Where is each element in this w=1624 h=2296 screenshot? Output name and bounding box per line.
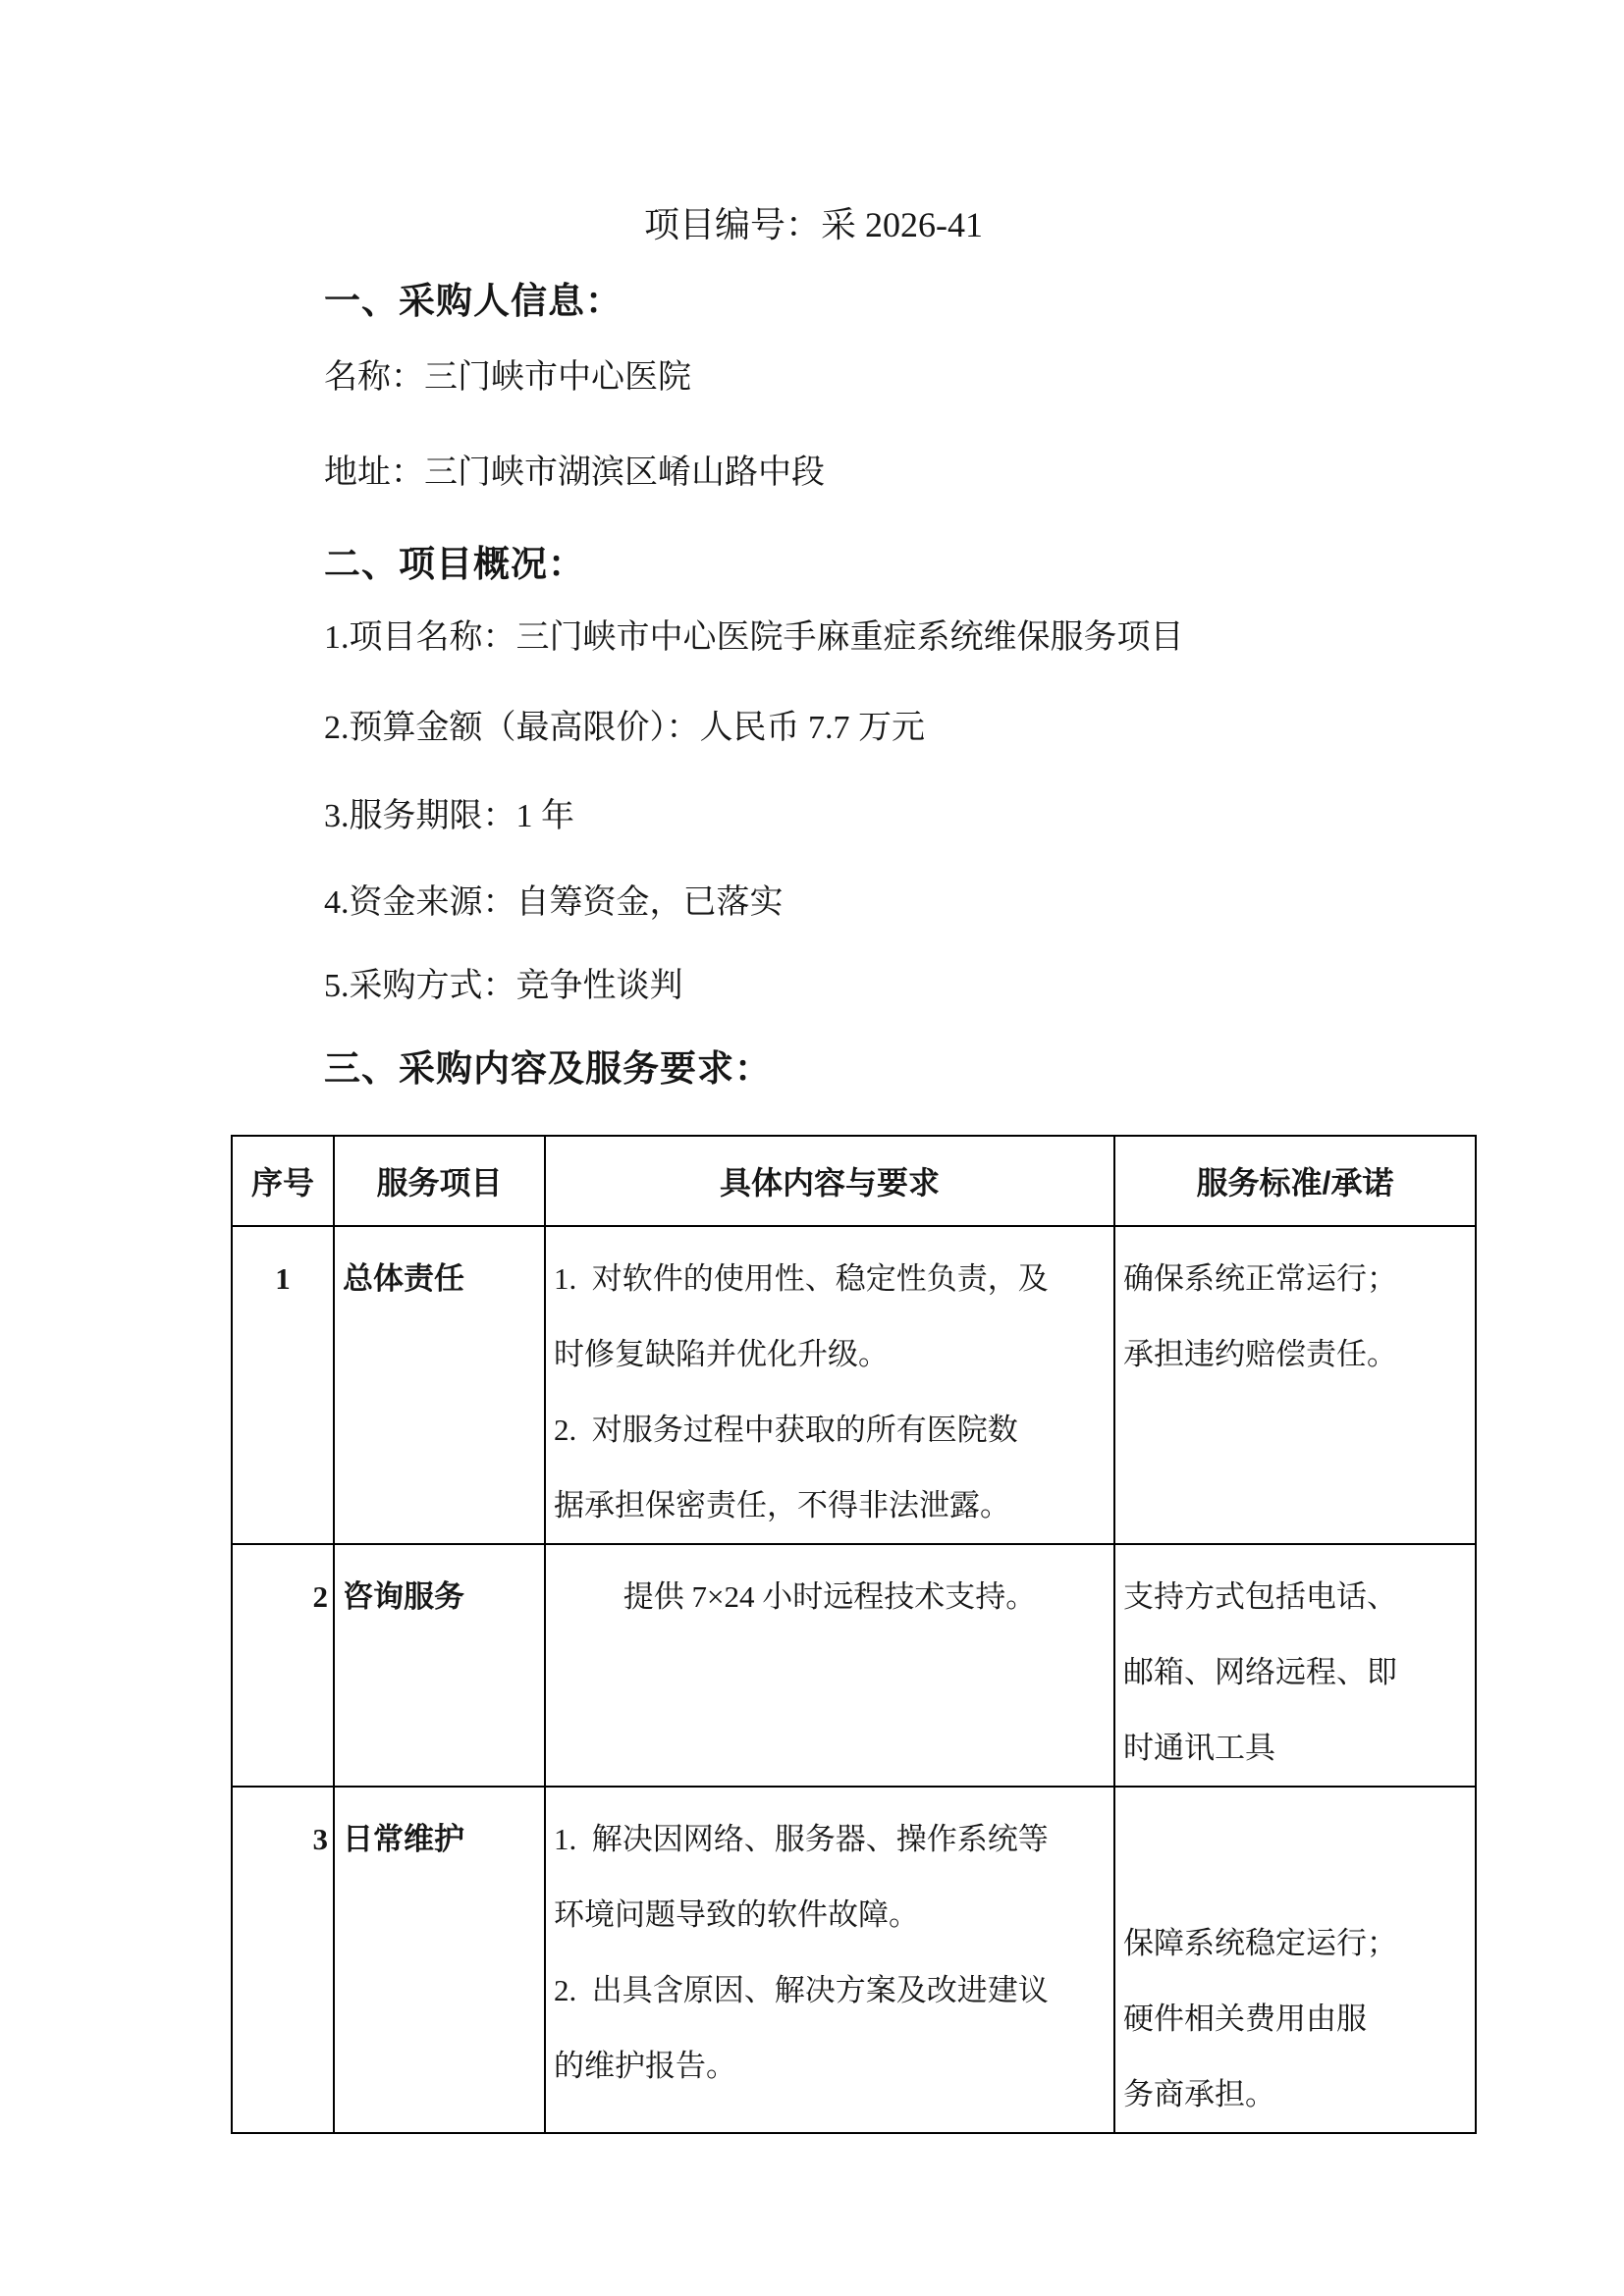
project-number-line: 项目编号：采 2026-41 (644, 197, 983, 247)
col-header-seq: 序号 (232, 1136, 334, 1226)
table-row: 1 总体责任 1. 对软件的使用性、稳定性负责，及 时修复缺陷并优化升级。 2.… (232, 1226, 1476, 1544)
overview-item-project-name: 1.项目名称：三门峡市中心医院手麻重症系统维保服务项目 (324, 610, 1184, 658)
table-header-row: 序号 服务项目 具体内容与要求 服务标准/承诺 (232, 1136, 1476, 1226)
table-row: 3 日常维护 1. 解决因网络、服务器、操作系统等 环境问题导致的软件故障。 2… (232, 1787, 1476, 2133)
row1-content: 1. 对软件的使用性、稳定性负责，及 时修复缺陷并优化升级。 2. 对服务过程中… (545, 1226, 1114, 1544)
row3-standard: 保障系统稳定运行； 硬件相关费用由服 务商承担。 (1114, 1787, 1476, 2133)
col-header-service-item: 服务项目 (334, 1136, 545, 1226)
row3-content: 1. 解决因网络、服务器、操作系统等 环境问题导致的软件故障。 2. 出具含原因… (545, 1787, 1114, 2133)
row3-service-item: 日常维护 (334, 1787, 545, 2133)
overview-item-service-term: 3.服务期限：1 年 (324, 788, 574, 836)
row2-seq: 2 (232, 1544, 334, 1787)
purchaser-name-line: 名称：三门峡市中心医院 (324, 349, 691, 398)
document-page: 项目编号：采 2026-41 一、采购人信息： 名称：三门峡市中心医院 地址：三… (0, 0, 1624, 2296)
row1-seq: 1 (232, 1226, 334, 1544)
section2-heading: 二、项目概况： (324, 534, 585, 587)
service-requirements-table: 序号 服务项目 具体内容与要求 服务标准/承诺 1 总体责任 1. 对软件的使用… (231, 1135, 1477, 2134)
col-header-content-requirements: 具体内容与要求 (545, 1136, 1114, 1226)
row2-content: 提供 7×24 小时远程技术支持。 (545, 1544, 1114, 1787)
purchaser-address-line: 地址：三门峡市湖滨区崤山路中段 (324, 445, 825, 493)
row2-service-item: 咨询服务 (334, 1544, 545, 1787)
overview-item-funding-source: 4.资金来源：自筹资金，已落实 (324, 875, 784, 923)
col-header-service-standard: 服务标准/承诺 (1114, 1136, 1476, 1226)
row3-seq: 3 (232, 1787, 334, 2133)
row1-service-item: 总体责任 (334, 1226, 545, 1544)
table-row: 2 咨询服务 提供 7×24 小时远程技术支持。 支持方式包括电话、 邮箱、网络… (232, 1544, 1476, 1787)
section3-heading: 三、采购内容及服务要求： (324, 1039, 772, 1092)
section1-heading: 一、采购人信息： (324, 271, 623, 324)
overview-item-procurement-method: 5.采购方式：竞争性谈判 (324, 958, 683, 1006)
row2-standard: 支持方式包括电话、 邮箱、网络远程、即 时通讯工具 (1114, 1544, 1476, 1787)
row1-standard: 确保系统正常运行； 承担违约赔偿责任。 (1114, 1226, 1476, 1544)
overview-item-budget: 2.预算金额（最高限价）：人民币 7.7 万元 (324, 700, 925, 748)
